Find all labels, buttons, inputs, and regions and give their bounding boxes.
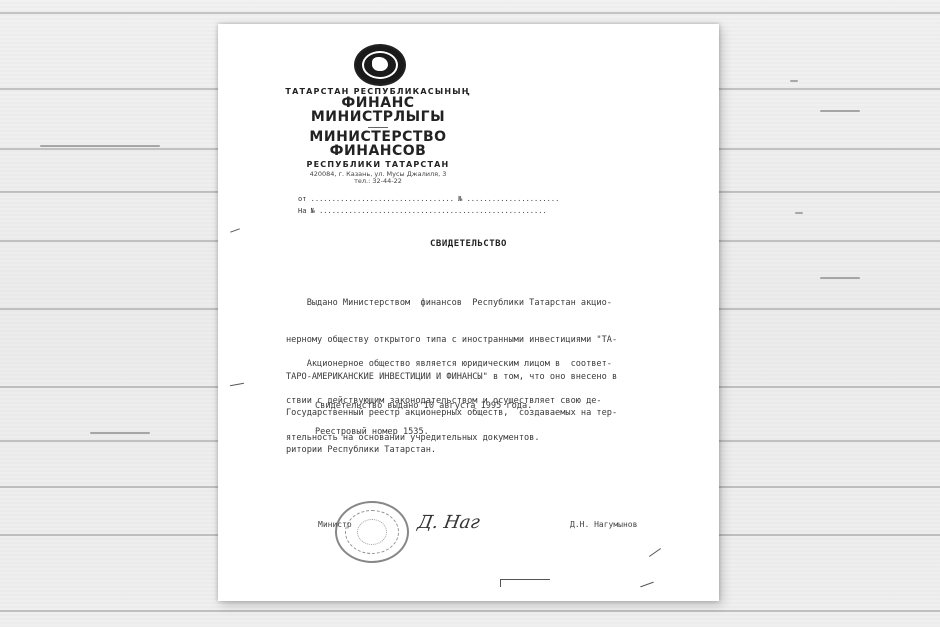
issue-date-line: Свидетельство выдано 10 августа 1995 год…: [315, 400, 710, 412]
scan-artifact: [500, 579, 501, 587]
letterhead-russian-line2: ФИНАНСОВ: [278, 144, 478, 159]
wood-scratch: [790, 80, 798, 82]
letterhead-tatar-line3: МИНИСТРЛЫГЫ: [278, 110, 478, 125]
scan-artifact: [230, 383, 244, 386]
scan-artifact: [649, 548, 661, 557]
paragraph-line: Выдано Министерством финансов Республики…: [286, 297, 681, 309]
letterhead-phone: тел.: 32-44-22: [278, 177, 478, 185]
scan-artifact: [230, 228, 240, 232]
plank-seam: [0, 610, 940, 612]
coat-of-arms-icon: [354, 44, 406, 86]
certificate-document: ТАТАРСТАН РЕСПУБЛИКАСЫНЫҢ ФИНАНС МИНИСТР…: [218, 24, 719, 601]
wood-scratch: [795, 212, 803, 214]
wood-scratch: [40, 145, 160, 147]
document-title: СВИДЕТЕЛЬСТВО: [218, 239, 719, 249]
handwritten-signature: Д. Наг: [416, 512, 481, 533]
plank-seam: [0, 12, 940, 14]
letterhead-divider: [368, 127, 388, 128]
registry-number-line: Реестровый номер 1535.: [315, 426, 710, 438]
scan-artifact: [500, 579, 550, 580]
letterhead-russian-line3: РЕСПУБЛИКИ ТАТАРСТАН: [278, 160, 478, 169]
outgoing-number-field: от .................................. № …: [298, 195, 559, 203]
official-stamp-icon: [335, 501, 409, 563]
wood-scratch: [820, 110, 860, 112]
scan-artifact: [640, 582, 653, 588]
signatory-name: Д.Н. Нагумынов: [570, 520, 637, 529]
wood-scratch: [820, 277, 860, 279]
wood-scratch: [90, 432, 150, 434]
reference-number-field: На № ...................................…: [298, 207, 547, 215]
paragraph-line: Акционерное общество является юридически…: [286, 358, 681, 370]
